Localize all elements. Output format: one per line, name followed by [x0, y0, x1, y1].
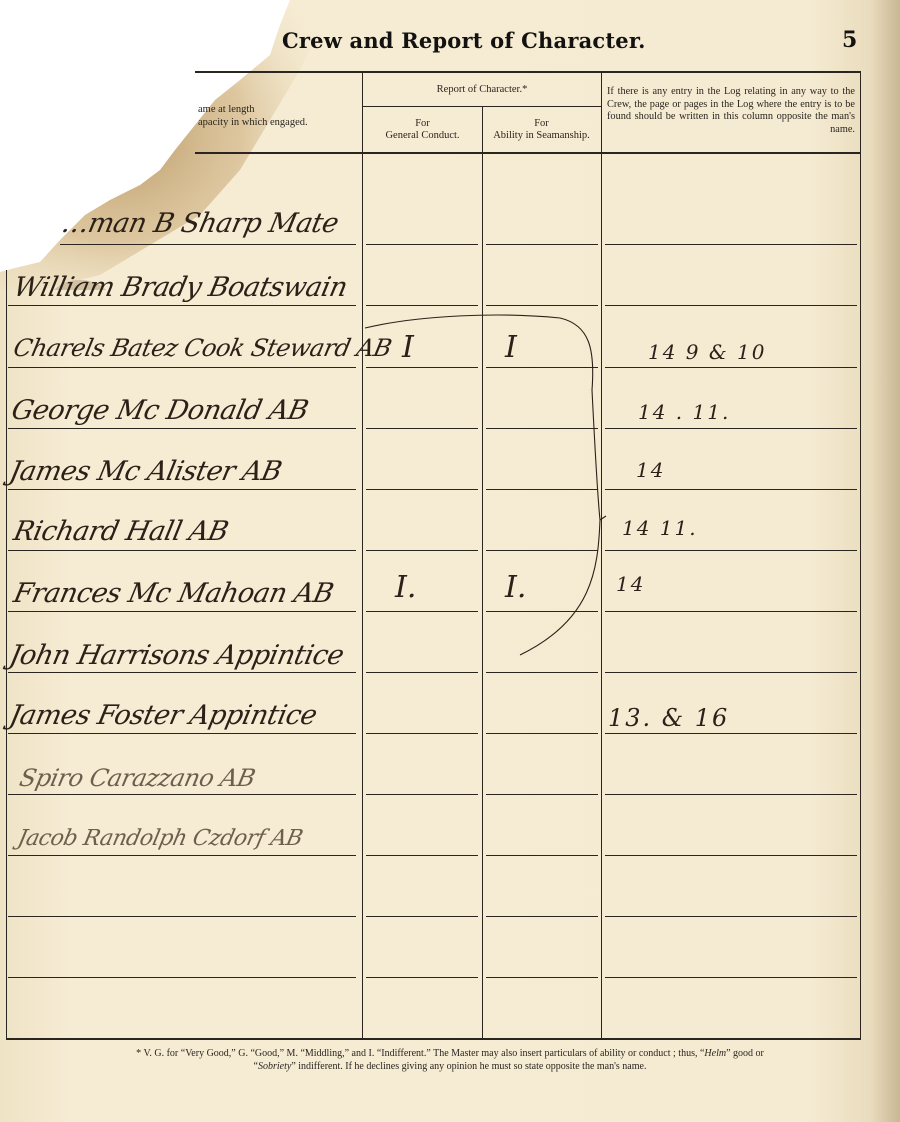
log-page-ref: 13. & 16 [608, 704, 729, 732]
log-page-ref: 14 9 & 10 [648, 340, 767, 364]
row-rule [8, 977, 356, 978]
header-report-of-character: Report of Character.* [363, 84, 601, 96]
crew-name: James Foster Appintice [7, 700, 320, 731]
row-rule [8, 733, 356, 734]
crew-name: Jacob Randolph Czdorf AB [15, 826, 304, 851]
row-rule [605, 305, 857, 306]
row-rule [605, 733, 857, 734]
crew-name: Frances Mc Mahoan AB [11, 578, 336, 609]
row-rule [8, 489, 356, 490]
row-rule [605, 611, 857, 612]
footnote-line-2: “Sobriety” indifferent. If he declines g… [0, 1060, 900, 1073]
row-rule [605, 855, 857, 856]
footnote: * V. G. for “Very Good,” G. “Good,” M. “… [0, 1047, 900, 1073]
row-rule [366, 855, 478, 856]
row-rule [605, 672, 857, 673]
col-divider-left-edge [6, 270, 7, 1038]
row-rule [605, 794, 857, 795]
row-rule [605, 428, 857, 429]
header-name-fragment-2: apacity in which engaged. [198, 117, 308, 129]
row-rule [605, 489, 857, 490]
row-rule [486, 855, 598, 856]
row-rule [366, 672, 478, 673]
row-rule [8, 855, 356, 856]
row-rule [486, 794, 598, 795]
header-log-note: If there is any entry in the Log relatin… [607, 86, 855, 136]
crew-name: James Mc Alister AB [7, 456, 285, 487]
log-page-ref: 14 [636, 458, 665, 482]
header-general-conduct: For General Conduct. [363, 118, 482, 142]
row-rule [8, 916, 356, 917]
row-rule [366, 794, 478, 795]
footnote-line-1: * V. G. for “Very Good,” G. “Good,” M. “… [0, 1047, 900, 1060]
row-rule [486, 733, 598, 734]
row-rule [486, 305, 598, 306]
row-rule [486, 672, 598, 673]
crew-name: George Mc Donald AB [9, 395, 311, 426]
table-top-rule [195, 71, 861, 73]
log-page-ref: 14 [616, 572, 645, 596]
col-divider-right-edge [860, 71, 861, 1038]
row-rule [8, 611, 356, 612]
crew-name: William Brady Boatswain [11, 272, 350, 303]
row-rule [60, 244, 356, 245]
row-rule [486, 916, 598, 917]
page-number: 5 [842, 27, 857, 53]
table-bottom-rule [6, 1038, 861, 1040]
row-rule [366, 305, 478, 306]
header-bottom-rule [195, 152, 861, 154]
crew-name: …man B Sharp Mate [59, 208, 342, 239]
crew-name: Spiro Carazzano AB [17, 764, 258, 792]
header-name-fragment-1: ame at length [198, 104, 255, 116]
row-rule [366, 977, 478, 978]
row-rule [8, 672, 356, 673]
row-rule [486, 244, 598, 245]
row-rule [605, 550, 857, 551]
row-rule [366, 733, 478, 734]
row-rule [486, 977, 598, 978]
row-rule [366, 916, 478, 917]
row-rule [605, 977, 857, 978]
crew-name: Charels Batez Cook Steward AB [11, 334, 394, 362]
row-rule [8, 428, 356, 429]
row-rule [8, 794, 356, 795]
header-ability-seamanship: For Ability in Seamanship. [482, 118, 601, 142]
row-rule [366, 244, 478, 245]
log-page-ref: 14 . 11. [638, 400, 730, 424]
page-edge-shadow [870, 0, 900, 1122]
grouping-bracket [360, 310, 620, 660]
crew-name: Richard Hall AB [11, 516, 231, 547]
register-page: Crew and Report of Character. 5 ame at l… [0, 0, 900, 1122]
row-rule [8, 550, 356, 551]
log-page-ref: 14 11. [622, 516, 698, 540]
row-rule [8, 367, 356, 368]
row-rule [605, 916, 857, 917]
page-title: Crew and Report of Character. [282, 28, 646, 53]
row-rule [605, 367, 857, 368]
crew-name: John Harrisons Appintice [7, 640, 347, 671]
row-rule [605, 244, 857, 245]
row-rule [8, 305, 356, 306]
